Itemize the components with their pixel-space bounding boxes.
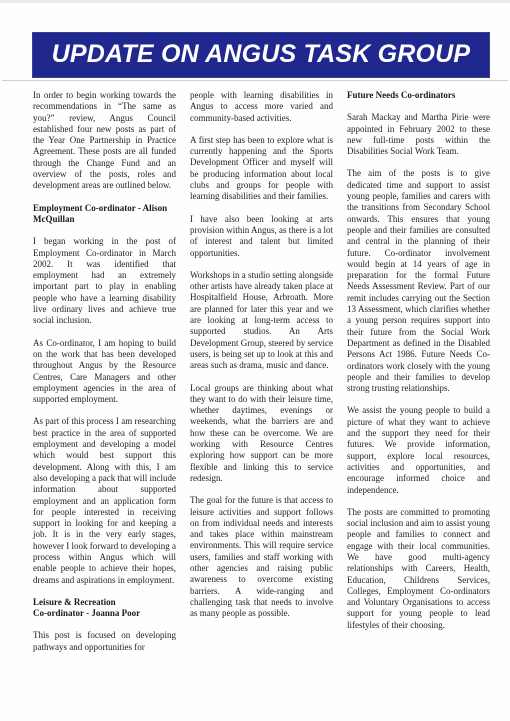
body-paragraph: I have also been looking at arts provisi…	[190, 214, 333, 259]
body-paragraph: people with learning disabilities in Ang…	[190, 90, 333, 124]
body-paragraph: Workshops in a studio setting alongside …	[190, 270, 333, 372]
header-divider	[2, 80, 508, 81]
body-paragraph: Sarah Mackay and Martha Pirie were appoi…	[347, 112, 490, 157]
body-paragraph: The aim of the posts is to give dedicate…	[347, 168, 490, 394]
column-3: Future Needs Co-ordinatorsSarah Mackay a…	[347, 90, 490, 664]
section-heading: Leisure & Recreation Co-ordinator - Joan…	[33, 597, 176, 620]
column-1: In order to begin working towards the re…	[33, 90, 176, 664]
section-heading: Future Needs Co-ordinators	[347, 90, 490, 101]
title-banner: UPDATE ON ANGUS TASK GROUP	[33, 33, 489, 77]
article-body: In order to begin working towards the re…	[33, 90, 491, 664]
body-paragraph: A first step has been to explore what is…	[190, 135, 333, 203]
body-paragraph: As Co-ordinator, I am hoping to build on…	[33, 338, 176, 406]
body-paragraph: The goal for the future is that access t…	[190, 495, 333, 619]
body-paragraph: We assist the young people to build a pi…	[347, 405, 490, 495]
newsletter-page: UPDATE ON ANGUS TASK GROUP In order to b…	[0, 0, 510, 721]
body-paragraph: In order to begin working towards the re…	[33, 90, 176, 192]
body-paragraph: Local groups are thinking about what the…	[190, 383, 333, 485]
body-paragraph: The posts are committed to promoting soc…	[347, 507, 490, 631]
page-title: UPDATE ON ANGUS TASK GROUP	[52, 40, 471, 69]
scan-edge-artifact	[0, 0, 510, 3]
column-2: people with learning disabilities in Ang…	[190, 90, 333, 664]
section-heading: Employment Co-ordinator - Alison McQuill…	[33, 203, 176, 226]
body-paragraph: I began working in the post of Employmen…	[33, 236, 176, 326]
body-paragraph: This post is focused on developing pathw…	[33, 630, 176, 653]
body-paragraph: As part of this process I am researching…	[33, 416, 176, 585]
